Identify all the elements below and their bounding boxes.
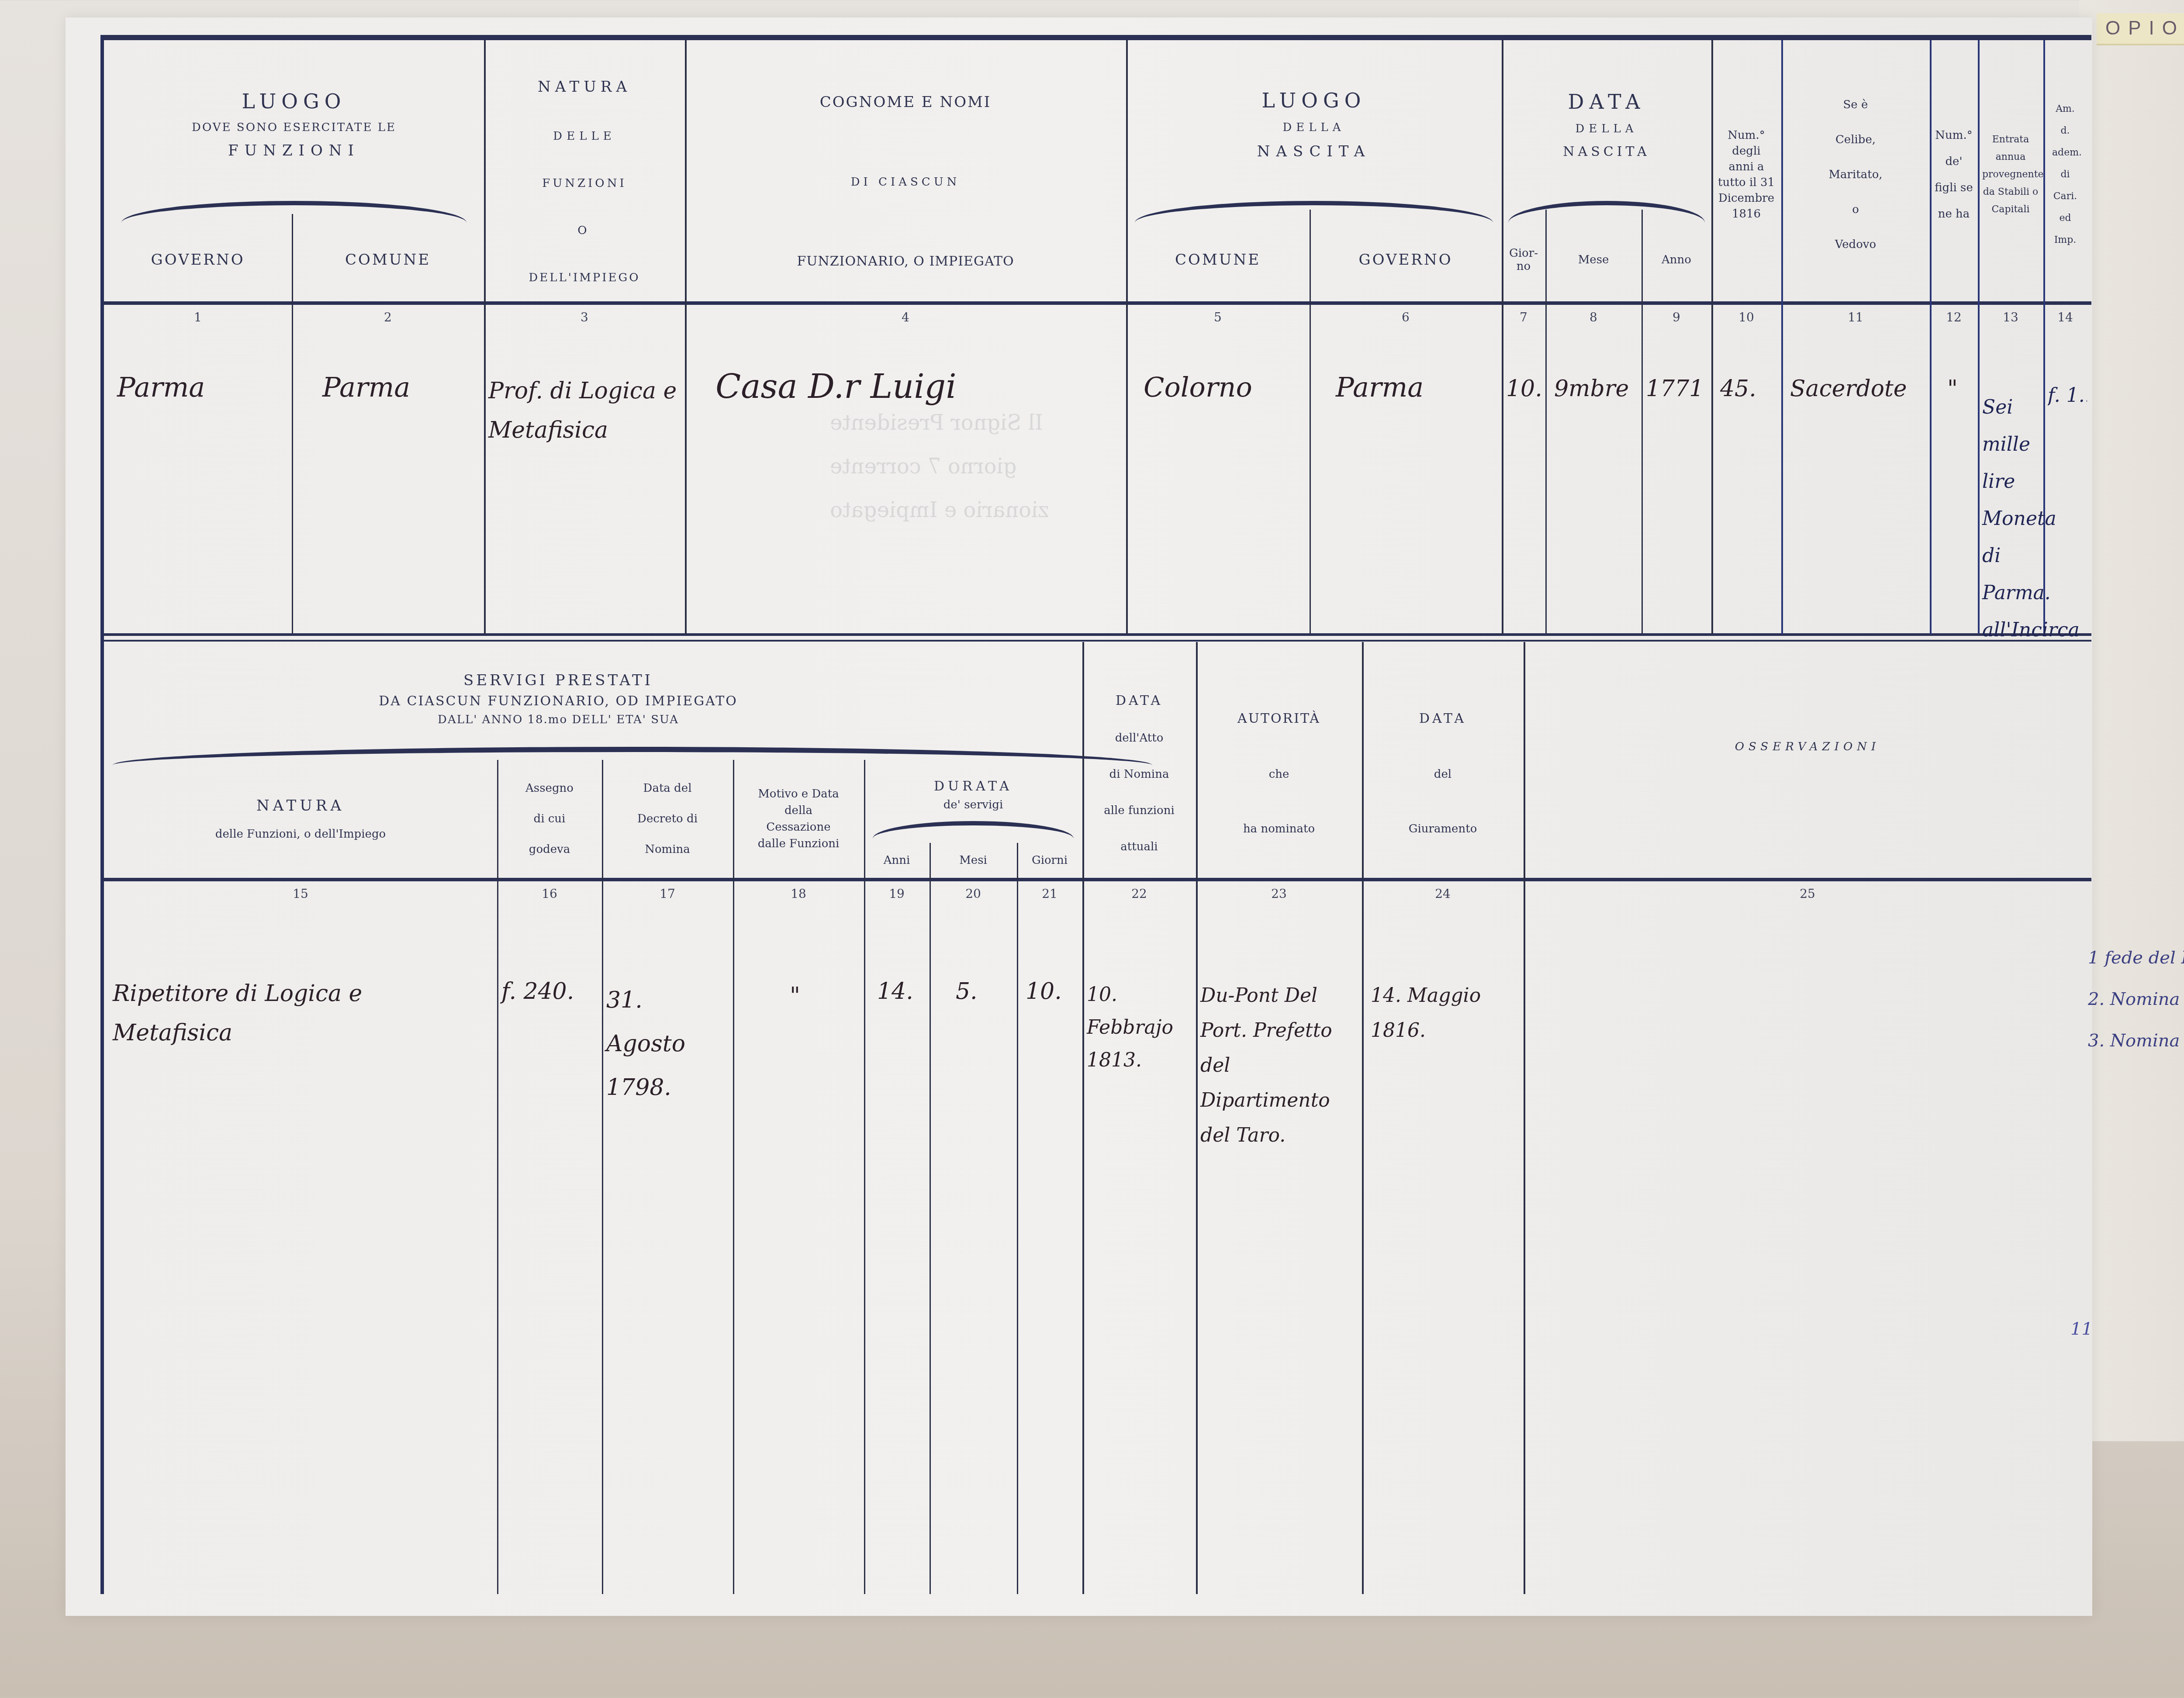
top-rule <box>104 35 2091 40</box>
header-governo: GOVERNO <box>104 218 292 301</box>
side-note: 3. Nomina a Prof <box>2088 1031 2184 1072</box>
header-natura-funzioni: NATURA delle Funzioni, o dell'Impiego <box>104 764 497 873</box>
cell-natura: Prof. di Logica e Metafisica <box>488 371 681 450</box>
header-anno: Anno <box>1641 218 1711 301</box>
header-giorno: Gior-no <box>1502 218 1545 301</box>
cell-giorni: 10. <box>1026 978 1062 1004</box>
cell-data-giuramento: 14. Maggio 1816. <box>1371 978 1519 1048</box>
header-motivo: Motivo e Data della Cessazione dalle Fun… <box>733 764 864 873</box>
form-table: LUOGO DOVE SONO ESERCITATE LE FUNZIONI G… <box>100 35 2091 1594</box>
section-rule <box>104 633 2091 636</box>
header-comune: COMUNE <box>292 218 484 301</box>
header-anni: Anni <box>864 843 930 878</box>
header-stato-civile: Se è Celibe, Maritato, o Vedovo <box>1781 52 1930 297</box>
document-sheet: Il Signor Presidente giorno 7 corrente z… <box>66 17 2092 1616</box>
cell-luogo-comune: Colorno <box>1144 371 1252 403</box>
header-entrata: Entrata annua provegnente da Stabili o C… <box>1978 52 2043 297</box>
header-luogo-funzioni: LUOGO DOVE SONO ESERCITATE LE FUNZIONI <box>104 52 484 197</box>
header-num-anni: Num.° degli anni a tutto il 31 Dicembre … <box>1711 52 1781 297</box>
cell-assegno: f. 240. <box>501 978 574 1004</box>
header-luogo-nascita: LUOGO DELLA NASCITA <box>1126 52 1502 197</box>
cell-col14: f. 1... <box>2048 384 2087 407</box>
side-note: 1 fede del Batte <box>2088 948 2184 989</box>
header-cognome-nomi: COGNOME E NOMI DI CIASCUN FUNZIONARIO, O… <box>685 61 1126 301</box>
cell-governo: Parma <box>117 371 205 403</box>
cell-mesi: 5. <box>956 978 978 1004</box>
cell-entrata: Sei mille lire Moneta di Parma. all'Inci… <box>1982 389 2043 649</box>
cell-data-decreto: 31. Agosto 1798. <box>606 978 729 1109</box>
header-assegno: Assegno di cui godeva <box>497 764 602 873</box>
header-osservazioni: OSSERVAZIONI <box>1524 681 2091 812</box>
cell-luogo-governo: Parma <box>1336 371 1424 403</box>
header-col14-partial: Am. d. adem. di Cari. ed Imp. <box>2043 52 2087 297</box>
margin-mark: 11 <box>2070 1319 2093 1339</box>
header-comune-nascita: COMUNE <box>1126 218 1310 301</box>
side-note: 2. Nomina a Rip <box>2088 989 2184 1031</box>
archive-label: OPIO COCO <box>2097 13 2184 45</box>
cell-anni: 45. <box>1720 376 1756 402</box>
cell-data-atto: 10. Febbrajo 1813. <box>1087 978 1196 1077</box>
header-num-figli: Num.° de' figli se ne ha <box>1930 52 1978 297</box>
header-mese: Mese <box>1545 218 1641 301</box>
header-data-decreto: Data del Decreto di Nomina <box>602 764 733 873</box>
cell-mese: 9mbre <box>1554 376 1629 402</box>
cell-anno: 1771 <box>1646 376 1704 402</box>
cell-nome: Casa D.r Luigi <box>715 367 956 406</box>
header-autorita: AUTORITÀ che ha nominato <box>1196 690 1362 856</box>
lower-header-rule <box>104 878 2091 881</box>
header-mesi: Mesi <box>930 843 1017 878</box>
cell-giorno: 10. <box>1506 376 1542 402</box>
header-data-atto: DATA dell'Atto di Nomina alle funzioni a… <box>1082 681 1196 865</box>
cell-natura-servizio: Ripetitore di Logica e Metafisica <box>113 974 488 1053</box>
cell-anni: 14. <box>877 978 913 1004</box>
cell-figli: " <box>1947 376 1958 402</box>
cell-comune: Parma <box>322 371 410 403</box>
cell-stato: Sacerdote <box>1790 376 1907 402</box>
side-notes: 1 fede del Batte 2. Nomina a Rip 3. Nomi… <box>2088 948 2184 1072</box>
header-rule <box>104 301 2091 305</box>
header-data-giuramento: DATA del Giuramento <box>1362 690 1524 856</box>
cell-autorita: Du-Pont Del Port. Prefetto del Dipartime… <box>1200 978 1358 1153</box>
header-data-nascita: DATA DELLA NASCITA <box>1502 52 1711 197</box>
section-servigi-prestati: SERVIGI PRESTATI DA CIASCUN FUNZIONARIO,… <box>104 646 1013 751</box>
header-durata: DURATA de' servigi <box>864 769 1082 821</box>
background-sheet <box>2079 0 2184 1441</box>
header-giorni: Giorni <box>1017 843 1082 878</box>
cell-motivo: " <box>790 983 800 1009</box>
header-governo-nascita: GOVERNO <box>1310 218 1502 301</box>
header-natura: NATURA DELLE FUNZIONI O DELL'IMPIEGO <box>484 61 685 301</box>
